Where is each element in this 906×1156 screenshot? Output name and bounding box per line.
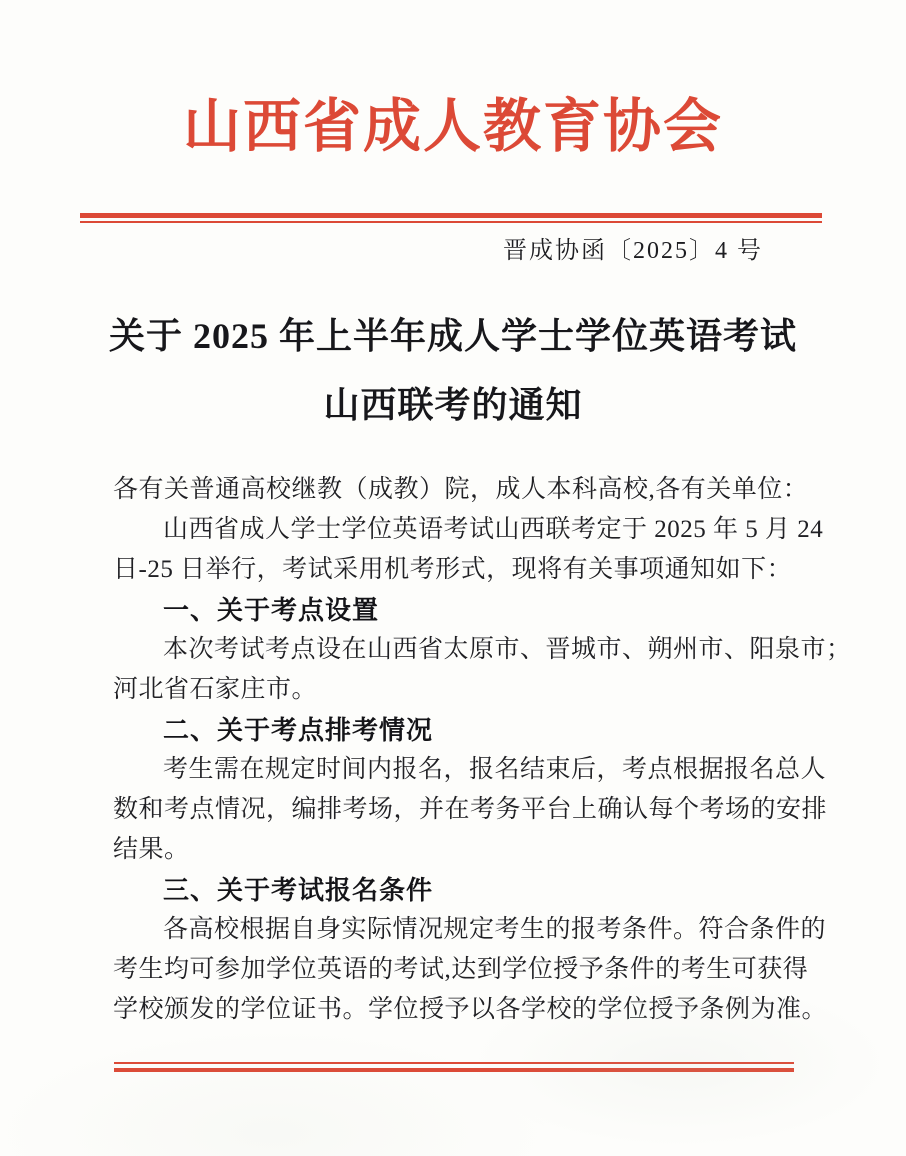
section-heading-1: 一、关于考点设置 xyxy=(113,590,805,630)
body-line: 日-25 日举行，考试采用机考形式，现将有关事项通知如下： xyxy=(113,550,805,590)
letterhead-org-name: 山西省成人教育协会 xyxy=(0,84,906,170)
body-line-salutation: 各有关普通高校继教（成教）院，成人本科高校,各有关单位： xyxy=(113,470,805,510)
divider-thin-bar xyxy=(80,221,822,223)
body-line: 结果。 xyxy=(113,830,805,870)
body-line: 学校颁发的学位证书。学位授予以各学校的学位授予条例为准。 xyxy=(113,990,805,1030)
section-heading-3: 三、关于考试报名条件 xyxy=(113,870,805,910)
body-line: 考生均可参加学位英语的考试,达到学位授予条件的考生可获得 xyxy=(113,950,805,990)
body-line: 数和考点情况，编排考场，并在考务平台上确认每个考场的安排 xyxy=(113,790,805,830)
footer-thick-bar xyxy=(114,1068,794,1072)
body-line: 本次考试考点设在山西省太原市、晋城市、朔州市、阳泉市； xyxy=(113,630,805,670)
body-line: 考生需在规定时间内报名，报名结束后，考点根据报名总人 xyxy=(113,750,805,790)
document-page: 山西省成人教育协会 晋成协函〔2025〕4 号 关于 2025 年上半年成人学士… xyxy=(0,0,906,1156)
footer-divider xyxy=(114,1062,794,1072)
document-number: 晋成协函〔2025〕4 号 xyxy=(503,234,763,268)
letterhead-divider xyxy=(80,213,822,223)
document-title: 关于 2025 年上半年成人学士学位英语考试 山西联考的通知 xyxy=(0,302,906,440)
section-heading-2: 二、关于考点排考情况 xyxy=(113,710,805,750)
document-title-line-1: 关于 2025 年上半年成人学士学位英语考试 xyxy=(0,302,906,371)
document-body: 各有关普通高校继教（成教）院，成人本科高校,各有关单位： 山西省成人学士学位英语… xyxy=(113,470,805,1030)
body-line: 山西省成人学士学位英语考试山西联考定于 2025 年 5 月 24 xyxy=(113,510,805,550)
document-title-line-2: 山西联考的通知 xyxy=(0,371,906,440)
body-line: 各高校根据自身实际情况规定考生的报考条件。符合条件的 xyxy=(113,910,805,950)
body-line: 河北省石家庄市。 xyxy=(113,670,805,710)
